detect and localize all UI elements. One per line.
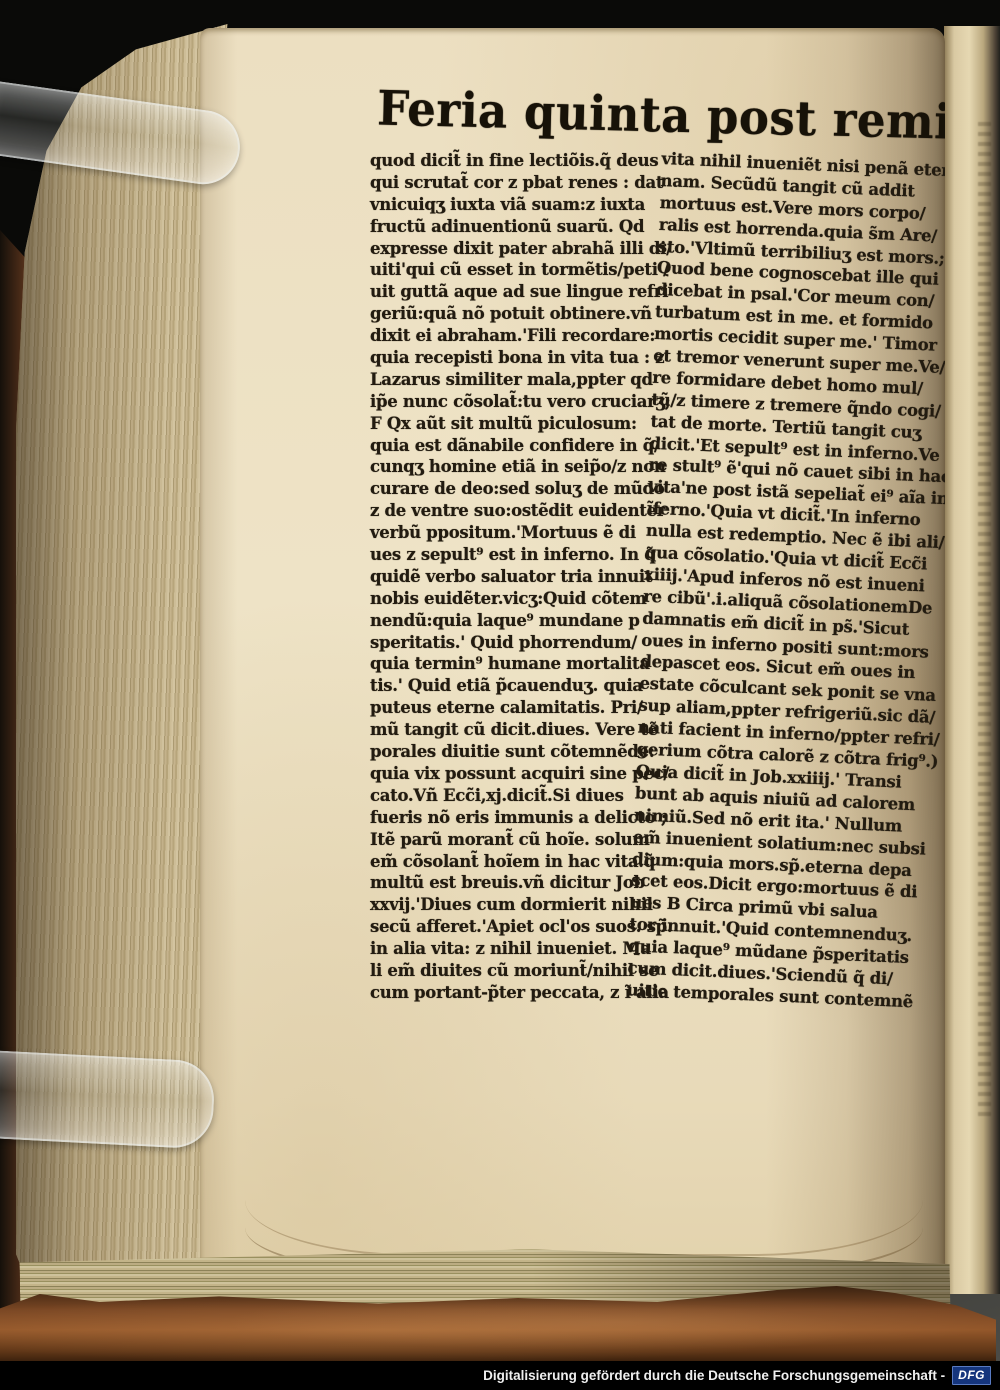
- book-photo: Feria quinta post reminiſ. quod dicit̃ i…: [0, 0, 1000, 1390]
- page-holder-clip-bottom: [0, 1050, 216, 1150]
- book-page: Feria quinta post reminiſ. quod dicit̃ i…: [200, 28, 945, 1286]
- text-line: geriũ:quã nõ potuit obtinere.vñ: [370, 303, 662, 325]
- text-line: fueris nõ eris immunis a delicto ;: [370, 807, 662, 829]
- text-line: cato.Vñ Ecc̃i,xj.dicit̃.Si diues: [370, 785, 662, 807]
- text-line: curare de deo:sed soluʒ de mũdo: [370, 478, 662, 500]
- text-line: qui scrutat̃ cor z pbat renes : dat: [370, 172, 662, 194]
- text-line: cum portant-p̃ter peccata, z ĩ alia: [370, 982, 662, 1004]
- text-line: em̃ cõsolant̃ hoĩem in hac vita.q̃: [370, 851, 662, 873]
- page-curl-line: [245, 1144, 923, 1256]
- text-line: F Qx aũt sit multũ piculosum:: [370, 413, 662, 435]
- text-line: uit guttã aque ad sue lingue refri: [370, 281, 662, 303]
- text-line: porales diuitie sunt cõtemnẽde:: [370, 741, 662, 763]
- text-line: Lazarus similiter mala,ppter qd: [370, 369, 662, 391]
- text-line: verbũ ppositum.'Mortuus ẽ di: [370, 522, 662, 544]
- text-line: xxvij.'Diues cum dormierit nihil: [370, 894, 662, 916]
- text-line: tis.' Quid etiã p̃cauenduʒ. quia: [370, 675, 662, 697]
- text-line: in alia vita: z nihil inueniet. Ma: [370, 938, 662, 960]
- text-line: mũ tangit cũ dicit.diues. Vere tẽ: [370, 719, 662, 741]
- text-line: quia vix possunt acquiri sine pec/: [370, 763, 662, 785]
- text-line: z de ventre suo:ostẽdit euidenter: [370, 500, 662, 522]
- text-line: secũ afferet.'Apiet ocl'os suos. sp̃.: [370, 916, 662, 938]
- text-line: nendũ:quia laque⁹ mundane p: [370, 610, 662, 632]
- text-line: Itẽ parũ morant̃ cũ hoĩe. solum: [370, 829, 662, 851]
- text-line: quia termin⁹ humane mortalita: [370, 653, 662, 675]
- text-line: quia recepisti bona in vita tua : z: [370, 347, 662, 369]
- text-line: fructũ adinuentionũ suarũ. Qd: [370, 216, 662, 238]
- dfg-logo: DFG: [952, 1366, 991, 1385]
- next-page-gutter-edge: [944, 26, 1000, 1294]
- text-line: uiti'qui cũ esset in tormẽtis/peti /: [370, 259, 662, 281]
- text-line: expresse dixit pater abrahã illi di/: [370, 238, 662, 260]
- page-heading: Feria quinta post reminiſ.: [377, 80, 945, 152]
- text-column-right: vita nihil inueniẽt nisi penã eter/nam. …: [626, 148, 945, 1013]
- text-line: ues z sepult⁹ est in inferno. In q̃: [370, 544, 662, 566]
- text-line: quod dicit̃ in fine lectiõis.q̃ deus: [370, 150, 662, 172]
- text-line: quia est dãnabile confidere in q̃/: [370, 435, 662, 457]
- text-column-left: quod dicit̃ in fine lectiõis.q̃ deusqui …: [370, 150, 662, 1004]
- credit-bar: Digitalisierung gefördert durch die Deut…: [0, 1361, 1000, 1390]
- text-line: vnicuiqʒ iuxta viã suam:z iuxta: [370, 194, 662, 216]
- credit-text: Digitalisierung gefördert durch die Deut…: [483, 1368, 945, 1383]
- curved-text-edge-marks: [978, 116, 991, 1116]
- text-line: dixit ei abraham.'Fili recordare:: [370, 325, 662, 347]
- text-line: multũ est breuis.vñ dicitur Job: [370, 872, 662, 894]
- text-line: speritatis.' Quid phorrendum/: [370, 632, 662, 654]
- text-line: li em̃ diuites cũ moriunt̃/nihil se: [370, 960, 662, 982]
- text-line: ip̃e nunc cõsolat̃:tu vero cruciarʒ;: [370, 391, 662, 413]
- text-line: cunqʒ homine etiã in seip̃o/z non: [370, 456, 662, 478]
- text-line: quidẽ verbo saluator tria innuit: [370, 566, 662, 588]
- text-line: puteus eterne calamitatis. Pri/: [370, 697, 662, 719]
- text-line: nobis euidẽter.vicʒ:Quid cõtem: [370, 588, 662, 610]
